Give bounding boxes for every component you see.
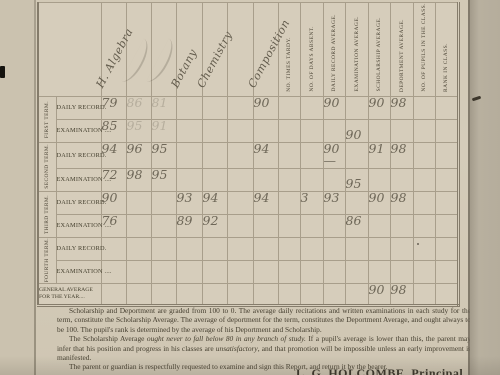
grade-cell: 98	[390, 191, 413, 214]
grade-cell: 94	[253, 191, 278, 214]
grade-cell	[227, 214, 253, 237]
grade-cell	[227, 237, 253, 260]
grade-cell: 90	[368, 283, 390, 305]
grade-cell: 86	[126, 96, 151, 119]
vertical-header-label: SCHOLARSHIP AVERAGE.	[376, 17, 382, 95]
handwritten-grade: 90	[324, 95, 340, 110]
grade-cell	[345, 283, 368, 305]
handwritten-grade: 90	[346, 129, 362, 142]
handwritten-grade: 98	[391, 190, 407, 205]
handwritten-grade: 89	[177, 213, 193, 228]
row-label: DAILY RECORD.	[56, 237, 101, 260]
grade-cell: 92	[202, 214, 227, 237]
grade-cell	[435, 96, 458, 119]
grade-cell	[227, 283, 253, 305]
grade-cell	[101, 237, 126, 260]
grade-cell	[151, 191, 176, 214]
printed-column-header: NO. TIMES TARDY.	[278, 3, 300, 97]
subject-column-header: Composition	[253, 3, 278, 97]
term-cell: SECOND TERM.	[38, 142, 56, 191]
handwritten-grade: 90	[254, 95, 270, 110]
handwritten-grade: 81	[152, 95, 168, 110]
handwritten-grade: 90	[369, 282, 385, 297]
handwritten-grade: 96	[127, 141, 143, 156]
grade-cell	[278, 283, 300, 305]
grade-cell	[278, 142, 300, 168]
footer-paragraph-segment: Scholarship and Deportment are graded fr…	[57, 306, 471, 334]
grade-cell	[300, 168, 323, 191]
grade-cell	[435, 191, 458, 214]
grade-cell	[435, 119, 458, 142]
grade-cell	[413, 260, 435, 283]
grade-cell	[176, 96, 202, 119]
grade-cell	[435, 168, 458, 191]
grade-cell	[300, 260, 323, 283]
grade-cell	[300, 96, 323, 119]
vertical-header-label: DAILY RECORD AVERAGE.	[331, 14, 337, 96]
grade-cell	[253, 237, 278, 260]
handwritten-grade: 93	[177, 190, 193, 205]
vertical-header-label: NO. OF PUPILS IN THE CLASS.	[421, 3, 427, 96]
grade-cell	[202, 237, 227, 260]
grade-cell: 90	[368, 191, 390, 214]
grade-cell: 94	[202, 191, 227, 214]
grade-cell	[253, 260, 278, 283]
grade-cell	[202, 283, 227, 305]
handwritten-grade: 86	[127, 95, 143, 110]
grade-cell	[435, 260, 458, 283]
row-label: EXAMINATION ....	[56, 119, 101, 142]
grade-cell	[278, 119, 300, 142]
grade-cell	[413, 237, 435, 260]
row-label: DAILY RECORD.	[56, 191, 101, 214]
grade-cell	[176, 142, 202, 168]
grade-cell: 98	[126, 168, 151, 191]
scanned-report-card: H. AlgebraBotanyChemistryCompositionNO. …	[0, 0, 500, 375]
grade-cell	[413, 142, 435, 168]
handwritten-grade: 95	[346, 178, 362, 191]
grade-cell	[278, 260, 300, 283]
term-label: THIRD TERM.	[44, 195, 50, 234]
handwritten-grade: 90	[369, 95, 385, 110]
grade-cell: 81	[151, 96, 176, 119]
vertical-header-label: NO. OF DAYS ABSENT.	[309, 26, 315, 96]
grade-cell: 89	[176, 214, 202, 237]
grade-cell	[151, 214, 176, 237]
grade-cell	[323, 214, 345, 237]
grade-cell	[151, 260, 176, 283]
grade-cell	[151, 283, 176, 305]
grade-cell	[413, 283, 435, 305]
grade-cell	[345, 237, 368, 260]
handwritten-grade: 90	[102, 190, 118, 205]
grade-cell	[227, 96, 253, 119]
grade-cell	[126, 214, 151, 237]
footer-paragraph-segment: ought never to fall below 80 in any bran…	[147, 334, 306, 343]
general-average-label: GENERAL AVERAGE FOR THE YEAR....	[38, 283, 101, 305]
grade-cell	[323, 260, 345, 283]
grade-cell	[176, 237, 202, 260]
grade-cell	[278, 214, 300, 237]
subject-column-header: H. Algebra	[101, 3, 126, 97]
grade-cell	[345, 142, 368, 168]
term-label: FOURTH TERM.	[44, 238, 50, 282]
table-body: FIRST TERM.DAILY RECORD.79868190909098EX…	[38, 96, 458, 305]
grade-cell	[278, 168, 300, 191]
grade-cell	[176, 260, 202, 283]
grade-cell: 90	[323, 96, 345, 119]
grade-cell	[323, 168, 345, 191]
footer-paragraph-segment: unsatisfactory	[216, 344, 258, 353]
printed-column-header: EXAMINATION AVERAGE.	[345, 3, 368, 97]
grade-cell: 76	[101, 214, 126, 237]
grade-cell	[413, 191, 435, 214]
row-label: EXAMINATION ....	[56, 260, 101, 283]
vertical-header-label: DEPORTMENT AVERAGE.	[399, 19, 405, 96]
grade-cell	[278, 96, 300, 119]
grade-cell: 96	[126, 142, 151, 168]
grade-cell: 90	[253, 96, 278, 119]
grade-cell: 86	[345, 214, 368, 237]
page-fold-line	[34, 0, 36, 375]
printed-column-header: DAILY RECORD AVERAGE.	[323, 3, 345, 97]
grade-cell	[390, 119, 413, 142]
grade-cell	[126, 237, 151, 260]
printed-column-header: SCHOLARSHIP AVERAGE.	[368, 3, 390, 97]
grade-cell	[202, 119, 227, 142]
grade-cell: 95	[151, 142, 176, 168]
handwritten-grade: 98	[391, 95, 407, 110]
handwritten-grade: 85	[102, 118, 118, 133]
grade-cell	[368, 119, 390, 142]
grade-cell	[435, 142, 458, 168]
grade-cell	[253, 283, 278, 305]
term-cell: FIRST TERM.	[38, 96, 56, 142]
row-label: DAILY RECORD.	[56, 96, 101, 119]
grade-cell	[126, 283, 151, 305]
handwritten-grade: 98	[127, 167, 143, 182]
footer-paragraph: The Scholarship Average ought never to f…	[57, 334, 471, 362]
grade-cell: 3	[300, 191, 323, 214]
row-label: EXAMINATION ....	[56, 214, 101, 237]
grade-cell	[368, 237, 390, 260]
handwritten-grade: 92	[203, 213, 219, 228]
grade-cell: 93	[323, 191, 345, 214]
grade-cell	[413, 168, 435, 191]
grade-cell	[227, 119, 253, 142]
handwritten-grade: 94	[254, 141, 270, 156]
grade-cell: 93	[176, 191, 202, 214]
grade-cell	[323, 119, 345, 142]
grade-cell	[435, 214, 458, 237]
handwritten-grade: 98	[391, 141, 407, 156]
term-label: FIRST TERM.	[44, 101, 50, 138]
grade-cell	[300, 214, 323, 237]
grade-cell	[253, 168, 278, 191]
scan-backdrop	[470, 0, 500, 375]
handwritten-grade: 86	[346, 213, 362, 228]
paper-speck	[417, 243, 419, 245]
grade-cell: 72	[101, 168, 126, 191]
grade-cell	[101, 260, 126, 283]
handwritten-grade: 94	[203, 190, 219, 205]
grade-cell	[253, 119, 278, 142]
handwritten-grade: 90 —	[324, 141, 340, 169]
grade-cell	[126, 191, 151, 214]
row-label: EXAMINATION ....	[56, 168, 101, 191]
grade-cell	[300, 237, 323, 260]
grade-cell: 85	[101, 119, 126, 142]
grade-cell	[227, 191, 253, 214]
subject-column-header: Chemistry	[202, 3, 227, 97]
handwritten-grade: 76	[102, 213, 118, 228]
handwritten-grade: 3	[301, 190, 309, 205]
grade-cell	[227, 260, 253, 283]
grade-cell: 95	[151, 168, 176, 191]
grade-cell	[202, 96, 227, 119]
grade-cell	[300, 142, 323, 168]
grade-cell	[390, 214, 413, 237]
grade-cell	[368, 260, 390, 283]
grade-cell	[368, 168, 390, 191]
row-label: DAILY RECORD.	[56, 142, 101, 168]
handwritten-grade: 90	[369, 190, 385, 205]
grade-cell: 79	[101, 96, 126, 119]
grade-cell	[278, 191, 300, 214]
subject-column-header	[126, 3, 151, 97]
vertical-header-label: RANK IN CLASS.	[443, 43, 449, 96]
grade-cell	[151, 237, 176, 260]
handwritten-grade: 98	[391, 282, 407, 297]
grade-cell: 91	[368, 142, 390, 168]
grade-cell: 90	[368, 96, 390, 119]
grade-cell	[413, 96, 435, 119]
footer-paragraph-segment: The Scholarship Average	[69, 334, 147, 343]
grade-cell: 94	[253, 142, 278, 168]
handwritten-grade: 94	[254, 190, 270, 205]
grade-cell: 90 —	[323, 142, 345, 168]
printed-column-header: DEPORTMENT AVERAGE.	[390, 3, 413, 97]
grade-cell	[435, 237, 458, 260]
footer-text: Scholarship and Deportment are graded fr…	[57, 306, 471, 372]
handwritten-grade: 91	[369, 141, 385, 156]
vertical-header-label: EXAMINATION AVERAGE.	[354, 16, 360, 96]
grade-cell	[435, 283, 458, 305]
grade-cell	[413, 214, 435, 237]
grade-cell: 98	[390, 283, 413, 305]
grade-cell	[368, 214, 390, 237]
term-cell: THIRD TERM.	[38, 191, 56, 237]
term-label: SECOND TERM.	[44, 144, 50, 189]
grade-cell	[345, 191, 368, 214]
footer-paragraph: Scholarship and Deportment are graded fr…	[57, 306, 471, 334]
grade-cell	[390, 260, 413, 283]
term-cell: FOURTH TERM.	[38, 237, 56, 283]
grade-cell: 95	[345, 168, 368, 191]
grade-cell	[300, 119, 323, 142]
grade-cell	[323, 237, 345, 260]
grade-cell: 98	[390, 96, 413, 119]
ink-blot	[0, 66, 5, 78]
grade-cell	[227, 168, 253, 191]
grade-cell: 90	[345, 119, 368, 142]
table-header: H. AlgebraBotanyChemistryCompositionNO. …	[38, 3, 458, 97]
handwritten-grade: 95	[152, 141, 168, 156]
header-corner-cell	[38, 3, 101, 97]
grade-cell	[345, 260, 368, 283]
grade-cell	[227, 142, 253, 168]
grade-cell	[202, 142, 227, 168]
grade-cell	[202, 168, 227, 191]
grade-cell	[413, 119, 435, 142]
grade-cell: 94	[101, 142, 126, 168]
signature: L. G. HOLCOMBE, Principal	[296, 366, 463, 375]
report-table: H. AlgebraBotanyChemistryCompositionNO. …	[37, 2, 460, 307]
grade-cell: 91	[151, 119, 176, 142]
grade-cell	[202, 260, 227, 283]
handwritten-grade: 94	[102, 141, 118, 156]
grade-cell	[176, 168, 202, 191]
grade-cell: 95	[126, 119, 151, 142]
grade-cell	[176, 119, 202, 142]
handwritten-grade: 93	[324, 190, 340, 205]
grade-cell	[390, 168, 413, 191]
handwritten-grade: 91	[152, 118, 168, 133]
grade-cell	[345, 96, 368, 119]
printed-column-header: NO. OF DAYS ABSENT.	[300, 3, 323, 97]
page-left-margin	[0, 0, 36, 375]
grade-cell	[278, 237, 300, 260]
handwritten-grade: 72	[102, 167, 118, 182]
grade-cell	[323, 283, 345, 305]
grade-cell	[253, 214, 278, 237]
vertical-header-label: NO. TIMES TARDY.	[286, 37, 292, 96]
handwritten-grade: 95	[152, 167, 168, 182]
handwritten-grade: 79	[102, 95, 118, 110]
printed-column-header: NO. OF PUPILS IN THE CLASS.	[413, 3, 435, 97]
grade-cell	[176, 283, 202, 305]
grade-cell	[300, 283, 323, 305]
grade-cell	[126, 260, 151, 283]
grade-cell	[101, 283, 126, 305]
grade-cell: 98	[390, 142, 413, 168]
handwritten-grade: 95	[127, 118, 143, 133]
printed-column-header: RANK IN CLASS.	[435, 3, 458, 97]
grade-cell	[390, 237, 413, 260]
grade-cell: 90	[101, 191, 126, 214]
